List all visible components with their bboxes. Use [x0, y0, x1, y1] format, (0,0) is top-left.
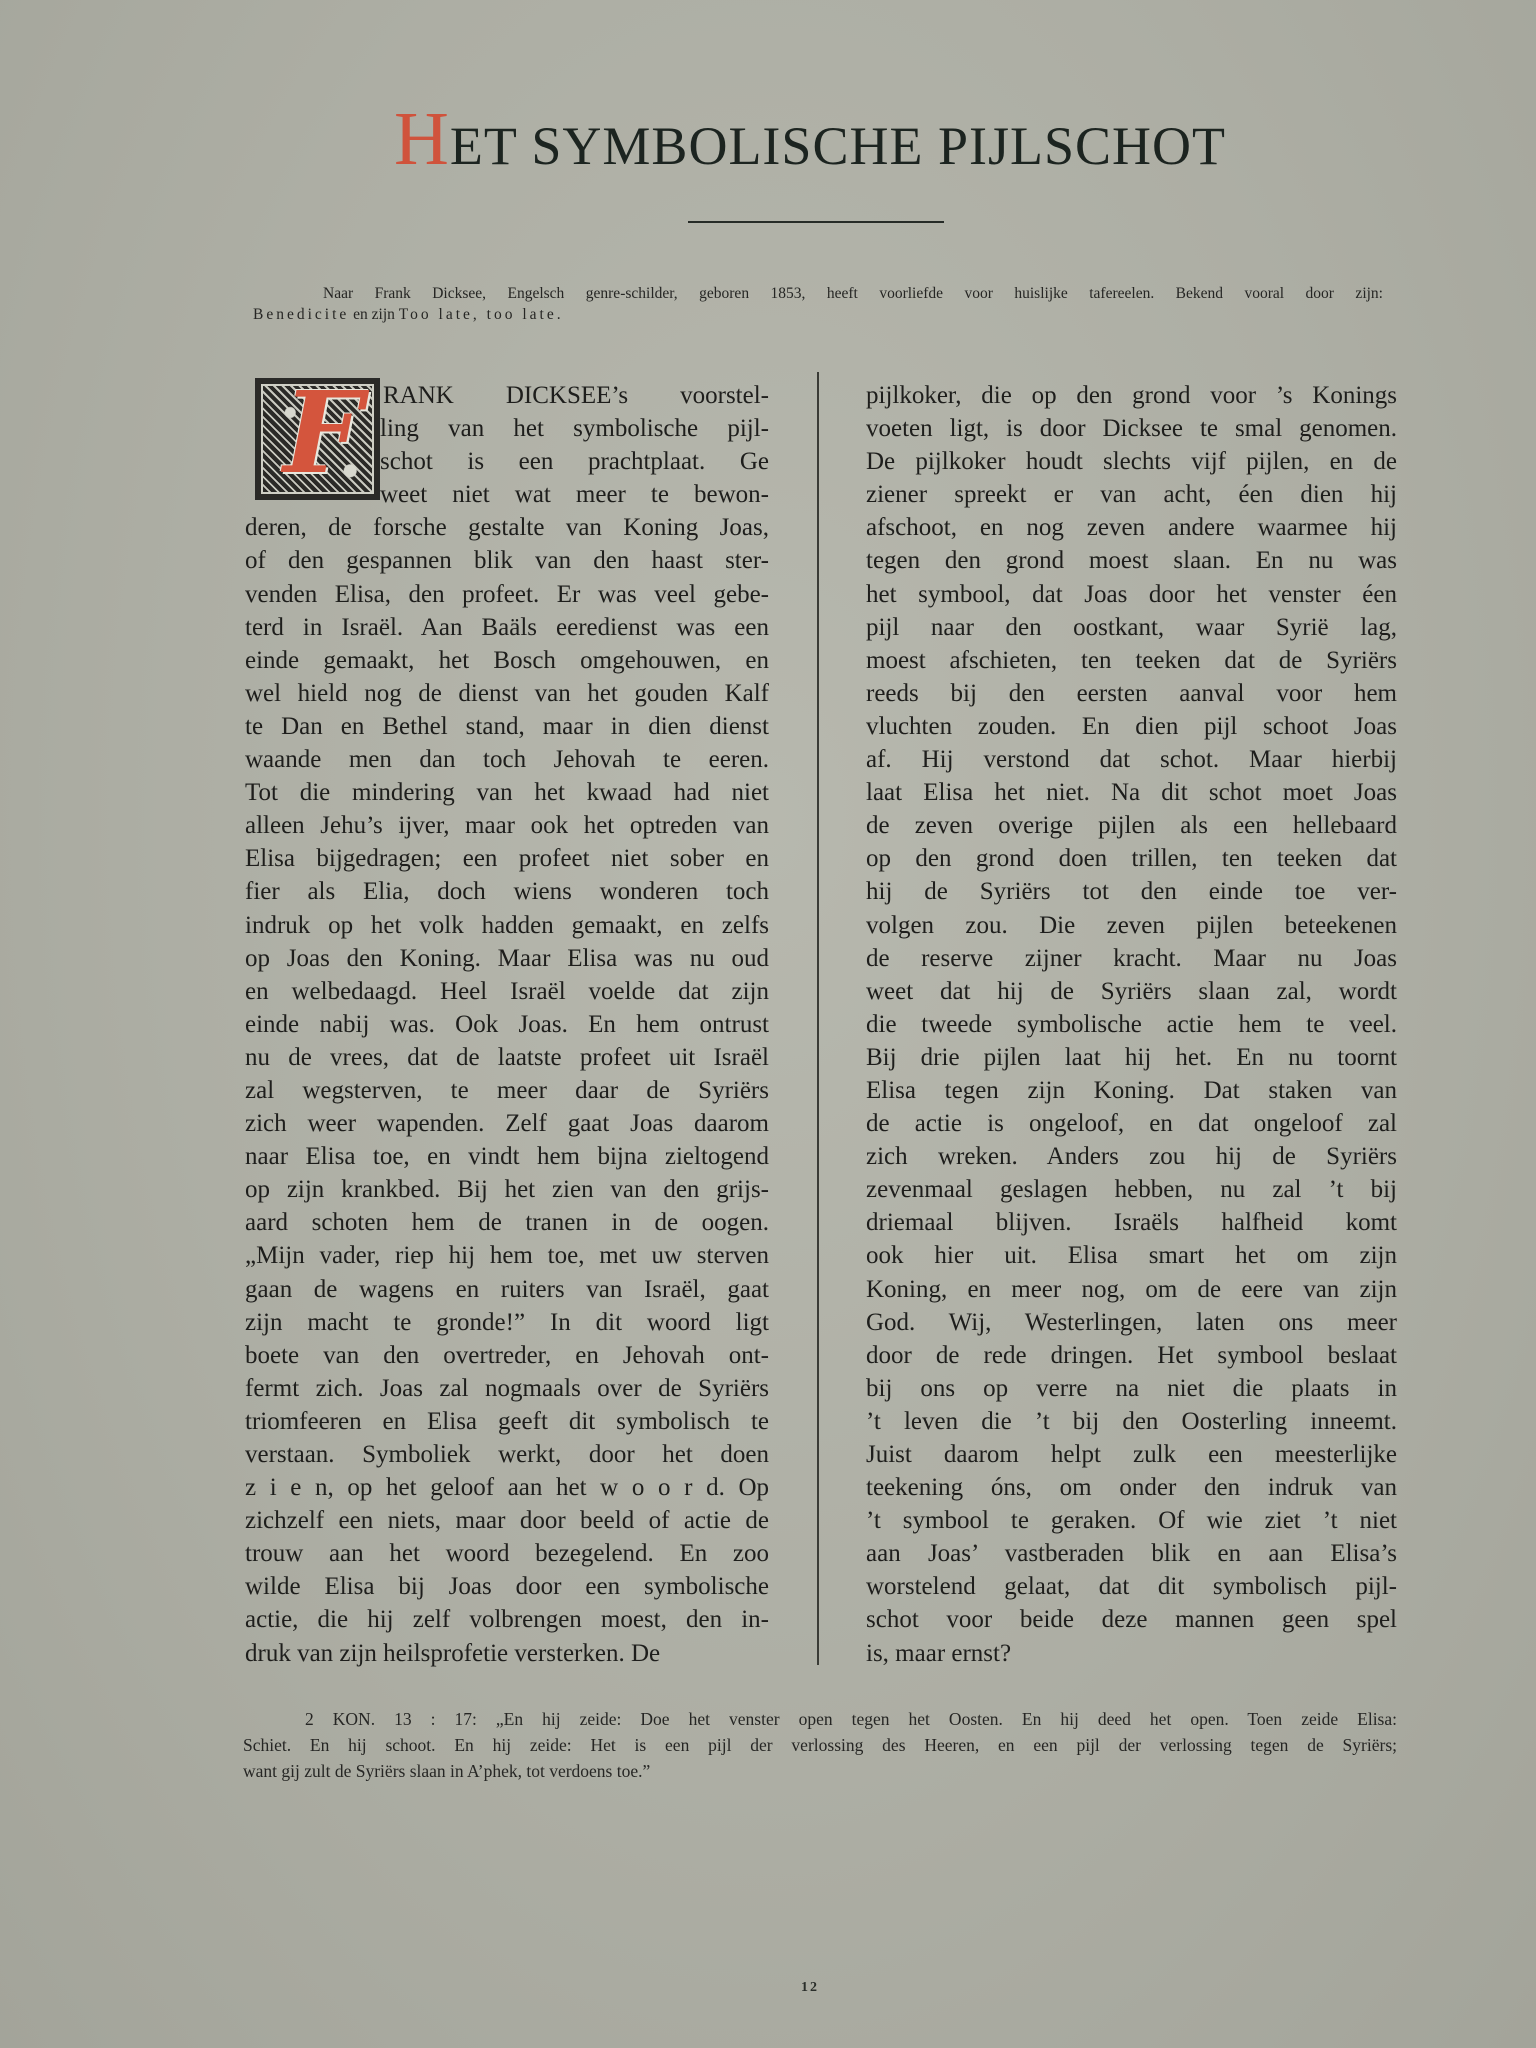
text-line: Elisa bijgedragen; een profeet niet sobe…: [245, 842, 769, 875]
text-line: indruk op het volk hadden gemaakt, en ze…: [245, 909, 769, 942]
text-line: aard schoten hem de tranen in de oogen.: [245, 1206, 769, 1239]
text-line: ’t symbool te geraken. Of wie ziet ’t ni…: [866, 1504, 1397, 1537]
text-line: pijlkoker, die op den grond voor ’s Koni…: [866, 379, 1397, 412]
intro-line-2: Benedicite en zijn Too late, too late.: [253, 306, 564, 323]
text-line: af. Hij verstond dat schot. Maar hierbij: [866, 743, 1397, 776]
text-line: de actie is ongeloof, en dat ongeloof za…: [866, 1107, 1397, 1140]
footnote-line: want gij zult de Syriërs slaan in A’phek…: [243, 1758, 1397, 1784]
text-line: Tot die mindering van het kwaad had niet: [245, 776, 769, 809]
text-line: weet niet wat meer te bewon-: [245, 478, 769, 511]
intro-work-2: Too late, too late.: [399, 306, 564, 323]
text-line: RANK DICKSEE’s voorstel-: [245, 379, 769, 412]
text-line: zichzelf een niets, maar door beeld of a…: [245, 1504, 769, 1537]
text-line: door de rede dringen. Het symbool beslaa…: [866, 1339, 1397, 1372]
text-line: driemaal blijven. Israëls halfheid komt: [866, 1206, 1397, 1239]
text-line: op zijn krankbed. Bij het zien van den g…: [245, 1173, 769, 1206]
text-line: venden Elisa, den profeet. Er was veel g…: [245, 578, 769, 611]
footnote-line: 2 KON. 13 : 17: „En hij zeide: Doe het v…: [243, 1706, 1397, 1732]
text-line: Koning, en meer nog, om de eere van zijn: [866, 1273, 1397, 1306]
text-line: gaan de wagens en ruiters van Israël, ga…: [245, 1273, 769, 1306]
text-line: terd in Israël. Aan Baäls eeredienst was…: [245, 611, 769, 644]
text-line: De pijlkoker houdt slechts vijf pijlen, …: [866, 445, 1397, 478]
text-line: hij de Syriërs tot den einde toe ver-: [866, 875, 1397, 908]
text-line: wel hield nog de dienst van het gouden K…: [245, 677, 769, 710]
text-line: zijn macht te gronde!” In dit woord ligt: [245, 1306, 769, 1339]
text-line: ziener spreekt er van acht, éen dien hij: [866, 478, 1397, 511]
text-line: nu de vrees, dat de laatste profeet uit …: [245, 1041, 769, 1074]
text-line: druk van zijn heilsprofetie versterken. …: [245, 1637, 769, 1670]
text-line: deren, de forsche gestalte van Koning Jo…: [245, 511, 769, 544]
text-line: ling van het symbolische pijl-: [245, 412, 769, 445]
text-line: schot is een prachtplaat. Ge: [245, 445, 769, 478]
text-line: einde gemaakt, het Bosch omgehouwen, en: [245, 644, 769, 677]
text-line: teekening óns, om onder den indruk van: [866, 1471, 1397, 1504]
text-line: moest afschieten, ten teeken dat de Syri…: [866, 644, 1397, 677]
text-line: het symbool, dat Joas door het venster é…: [866, 578, 1397, 611]
text-line: boete van den overtreder, en Jehovah ont…: [245, 1339, 769, 1372]
text-line: alleen Jehu’s ijver, maar ook het optred…: [245, 809, 769, 842]
text-line: volgen zou. Die zeven pijlen beteekenen: [866, 909, 1397, 942]
text-line: op den grond doen trillen, ten teeken da…: [866, 842, 1397, 875]
text-line: Bij drie pijlen laat hij het. En nu toor…: [866, 1041, 1397, 1074]
text-line: schot voor beide deze mannen geen spel: [866, 1603, 1397, 1636]
text-line: ook hier uit. Elisa smart het om zijn: [866, 1239, 1397, 1272]
text-line: zich wreken. Anders zou hij de Syriërs: [866, 1140, 1397, 1173]
text-line: voeten ligt, is door Dicksee te smal gen…: [866, 412, 1397, 445]
text-line: afschoot, en nog zeven andere waarmee hi…: [866, 511, 1397, 544]
text-line: zevenmaal geslagen hebben, nu zal ’t bij: [866, 1173, 1397, 1206]
text-line: zich weer wapenden. Zelf gaat Joas daaro…: [245, 1107, 769, 1140]
intro-line-1: Naar Frank Dicksee, Engelsch genre-schil…: [253, 283, 1383, 304]
title-initial: H: [394, 97, 450, 181]
text-line: bij ons op verre na niet die plaats in: [866, 1372, 1397, 1405]
page-title: HET SYMBOLISCHE PIJLSCHOT: [0, 96, 1536, 183]
text-line: z i e n, op het geloof aan het w o o r d…: [245, 1471, 769, 1504]
text-line: waande men dan toch Jehovah te eeren.: [245, 743, 769, 776]
text-line: vluchten zouden. En dien pijl schoot Joa…: [866, 710, 1397, 743]
text-line: fermt zich. Joas zal nogmaals over de Sy…: [245, 1372, 769, 1405]
text-line: reeds bij den eersten aanval voor hem: [866, 677, 1397, 710]
text-line: weet dat hij de Syriërs slaan zal, wordt: [866, 975, 1397, 1008]
footnote: 2 KON. 13 : 17: „En hij zeide: Doe het v…: [243, 1706, 1397, 1784]
intro-mid: en zijn: [349, 306, 399, 323]
text-line: trouw aan het woord bezegelend. En zoo: [245, 1537, 769, 1570]
text-line: of den gespannen blik van den haast ster…: [245, 544, 769, 577]
text-line: naar Elisa toe, en vindt hem bijna zielt…: [245, 1140, 769, 1173]
right-column: pijlkoker, die op den grond voor ’s Koni…: [866, 379, 1397, 1670]
text-line: Juist daarom helpt zulk een meesterlijke: [866, 1438, 1397, 1471]
text-line: op Joas den Koning. Maar Elisa was nu ou…: [245, 942, 769, 975]
text-line: is, maar ernst?: [866, 1637, 1397, 1670]
title-rule: [688, 221, 944, 223]
intro-note: Naar Frank Dicksee, Engelsch genre-schil…: [253, 283, 1383, 325]
text-line: die tweede symbolische actie hem te veel…: [866, 1008, 1397, 1041]
text-line: einde nabij was. Ook Joas. En hem ontrus…: [245, 1008, 769, 1041]
text-line: de reserve zijner kracht. Maar nu Joas: [866, 942, 1397, 975]
text-line: tegen den grond moest slaan. En nu was: [866, 544, 1397, 577]
text-line: actie, die hij zelf volbrengen moest, de…: [245, 1603, 769, 1636]
text-line: verstaan. Symboliek werkt, door het doen: [245, 1438, 769, 1471]
intro-work-1: Benedicite: [253, 306, 349, 323]
text-line: „Mijn vader, riep hij hem toe, met uw st…: [245, 1239, 769, 1272]
text-line: aan Joas’ vastberaden blik en aan Elisa’…: [866, 1537, 1397, 1570]
title-rest: ET SYMBOLISCHE PIJLSCHOT: [450, 116, 1226, 176]
left-column: RANK DICKSEE’s voorstel-ling van het sym…: [245, 379, 769, 1670]
text-line: de zeven overige pijlen als een hellebaa…: [866, 809, 1397, 842]
text-line: pijl naar den oostkant, waar Syrië lag,: [866, 611, 1397, 644]
footnote-line: Schiet. En hij schoot. En hij zeide: Het…: [243, 1732, 1397, 1758]
text-line: worstelend gelaat, dat dit symbolisch pi…: [866, 1570, 1397, 1603]
text-line: ’t leven die ’t bij den Oosterling innee…: [866, 1405, 1397, 1438]
text-line: en welbedaagd. Heel Israël voelde dat zi…: [245, 975, 769, 1008]
text-line: Elisa tegen zijn Koning. Dat staken van: [866, 1074, 1397, 1107]
column-divider: [817, 372, 819, 1665]
text-line: te Dan en Bethel stand, maar in dien die…: [245, 710, 769, 743]
text-line: fier als Elia, doch wiens wonderen toch: [245, 875, 769, 908]
text-line: laat Elisa het niet. Na dit schot moet J…: [866, 776, 1397, 809]
text-line: zal wegsterven, te meer daar de Syriërs: [245, 1074, 769, 1107]
page-number: 12: [790, 1980, 830, 1996]
text-line: wilde Elisa bij Joas door een symbolisch…: [245, 1570, 769, 1603]
text-line: triomfeeren en Elisa geeft dit symbolisc…: [245, 1405, 769, 1438]
text-line: God. Wij, Westerlingen, laten ons meer: [866, 1306, 1397, 1339]
